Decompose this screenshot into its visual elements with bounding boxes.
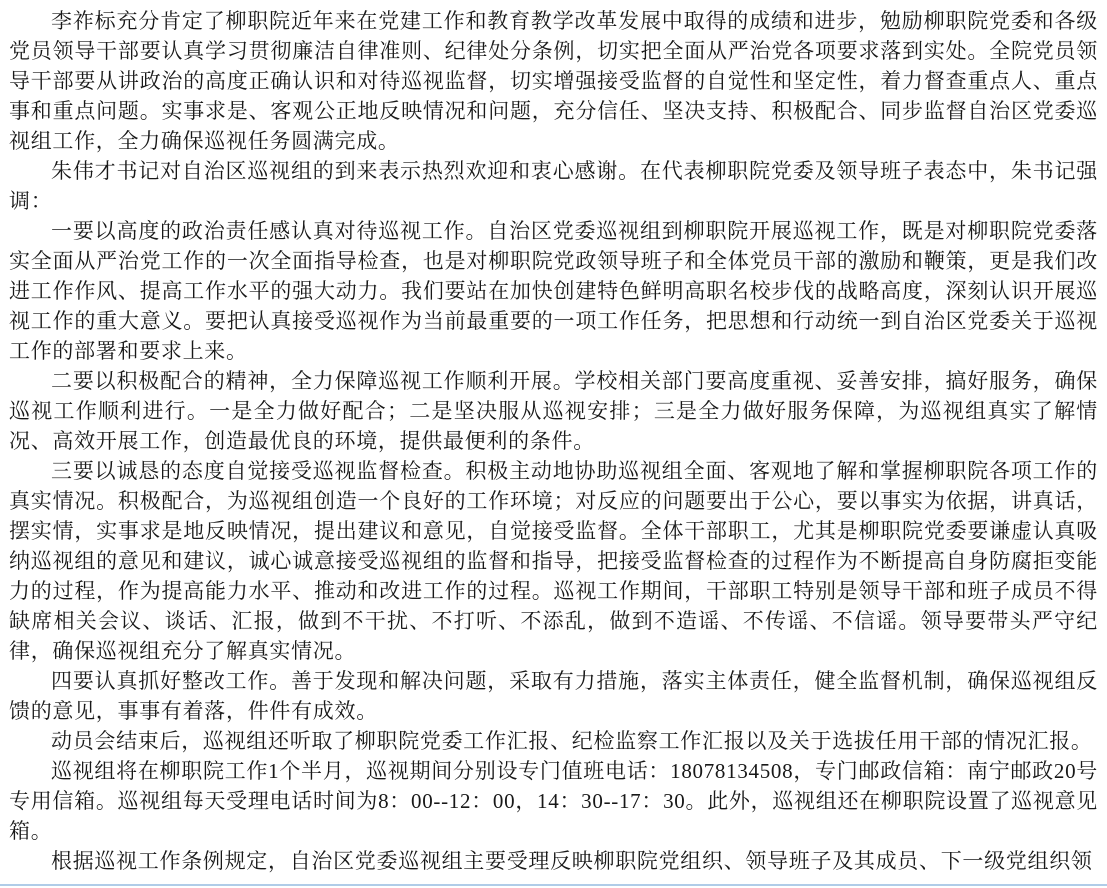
document-page: 李祚标充分肯定了柳职院近年来在党建工作和教育教学改革发展中取得的成绩和进步，勉励… <box>0 0 1107 888</box>
article-body: 李祚标充分肯定了柳职院近年来在党建工作和教育教学改革发展中取得的成绩和进步，勉励… <box>9 6 1098 876</box>
paragraph-point-one: 一要以高度的政治责任感认真对待巡视工作。自治区党委巡视组到柳职院开展巡视工作，既… <box>9 216 1098 366</box>
paragraph-point-four: 四要认真抓好整改工作。善于发现和解决问题，采取有力措施，落实主体责任，健全监督机… <box>9 666 1098 726</box>
paragraph-after-meeting: 动员会结束后，巡视组还听取了柳职院党委工作汇报、纪检监察工作汇报以及关于选拔任用… <box>9 726 1098 756</box>
paragraph-secretary-welcome: 朱伟才书记对自治区巡视组的到来表示热烈欢迎和衷心感谢。在代表柳职院党委及领导班子… <box>9 156 1098 216</box>
paragraph-leader-remarks: 李祚标充分肯定了柳职院近年来在党建工作和教育教学改革发展中取得的成绩和进步，勉励… <box>9 6 1098 156</box>
paragraph-contact-info: 巡视组将在柳职院工作1个半月，巡视期间分别设专门值班电话：18078134508… <box>9 756 1098 846</box>
paragraph-regulations-truncated: 根据巡视工作条例规定，自治区党委巡视组主要受理反映柳职院党组织、领导班子及其成员… <box>9 846 1098 876</box>
paragraph-point-three: 三要以诚恳的态度自觉接受巡视监督检查。积极主动地协助巡视组全面、客观地了解和掌握… <box>9 456 1098 666</box>
paragraph-point-two: 二要以积极配合的精神，全力保障巡视工作顺利开展。学校相关部门要高度重视、妥善安排… <box>9 366 1098 456</box>
bottom-divider <box>0 884 1107 886</box>
